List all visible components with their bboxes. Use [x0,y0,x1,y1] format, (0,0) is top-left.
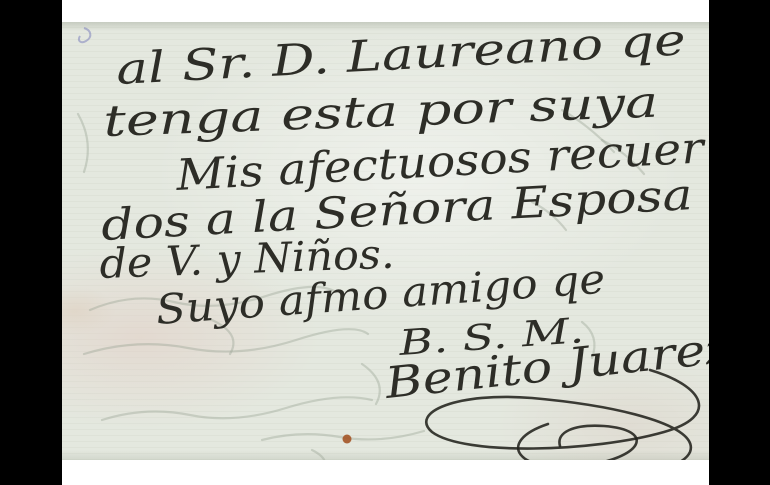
image-frame: al Sr. D. Laureano qe tenga esta por suy… [0,0,770,485]
bleed-stroke [312,450,325,460]
bleed-stroke [102,397,372,420]
bleed-stroke [84,329,368,354]
blue-ink-mark [79,28,90,42]
manuscript-canvas: al Sr. D. Laureano qe tenga esta por suy… [62,22,709,460]
letterbox-right [709,0,770,485]
letter-photo: al Sr. D. Laureano qe tenga esta por suy… [62,22,709,460]
stain-dot [343,435,352,444]
manuscript-text: al Sr. D. Laureano qe tenga esta por suy… [99,22,709,409]
bleed-stroke [78,114,88,172]
letterbox-left [0,0,62,485]
